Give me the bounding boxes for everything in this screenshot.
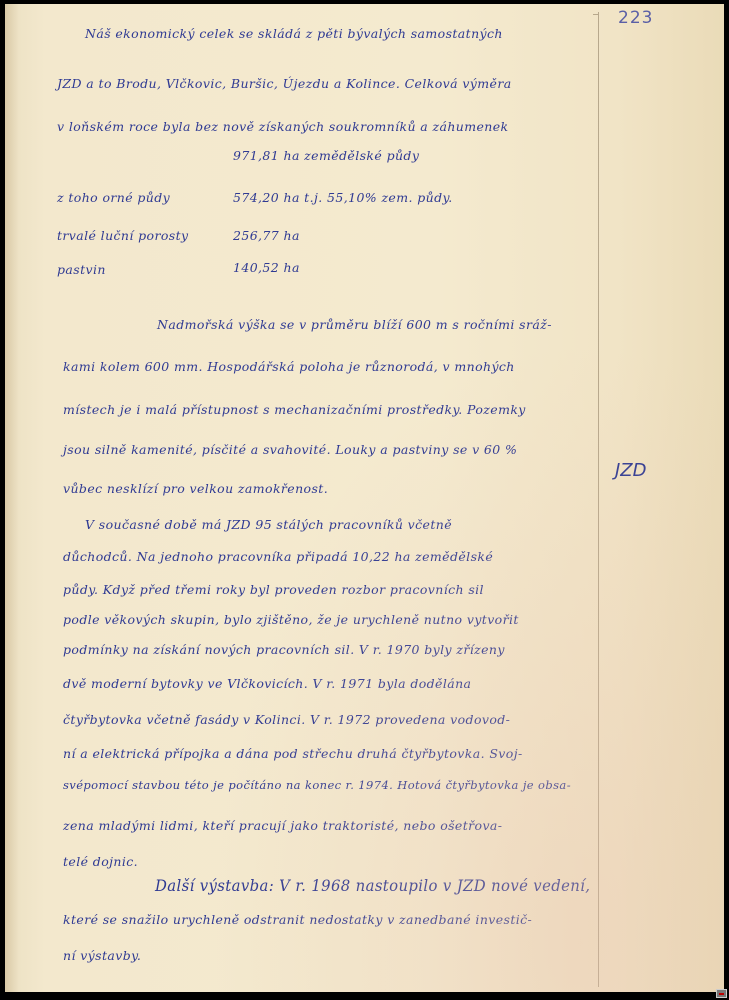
text-line: Nadmořská výška se v průměru blíží 600 m…: [157, 317, 552, 332]
text-line: Náš ekonomický celek se skládá z pěti bý…: [85, 26, 503, 41]
text-line: 574,20 ha t.j. 55,10% zem. půdy.: [233, 190, 453, 205]
margin-rule-tick: [593, 14, 599, 15]
text-line: pastvin: [57, 262, 106, 277]
text-line: Další výstavba: V r. 1968 nastoupilo v J…: [155, 876, 590, 895]
text-line: jsou silně kamenité, písčité a svahovité…: [63, 442, 517, 457]
text-line: ní výstavby.: [63, 948, 141, 963]
page-number: 223: [618, 8, 653, 28]
text-line: podmínky na získání nových pracovních si…: [63, 642, 505, 657]
text-line: vůbec nesklízí pro velkou zamokřenost.: [63, 481, 328, 496]
text-line: z toho orné půdy: [57, 190, 170, 205]
text-line: telé dojnic.: [63, 854, 138, 869]
text-line: ní a elektrická přípojka a dána pod stře…: [63, 746, 523, 761]
text-line: dvě moderní bytovky ve Vlčkovicích. V r.…: [63, 676, 471, 691]
text-line: 140,52 ha: [233, 260, 300, 275]
text-line: JZD a to Brodu, Vlčkovic, Buršic, Újezdu…: [57, 76, 512, 91]
text-line: které se snažilo urychleně odstranit ned…: [63, 912, 532, 927]
text-line: kami kolem 600 mm. Hospodářská poloha je…: [63, 359, 515, 374]
text-line: v loňském roce byla bez nově získaných s…: [57, 119, 509, 134]
text-line: důchodců. Na jednoho pracovníka připadá …: [63, 549, 493, 564]
margin-rule: [598, 12, 599, 987]
text-line: půdy. Když před třemi roky byl proveden …: [63, 582, 484, 597]
text-line: 256,77 ha: [233, 228, 300, 243]
text-line: 971,81 ha zemědělské půdy: [233, 148, 419, 163]
text-line: zena mladými lidmi, kteří pracují jako t…: [63, 818, 502, 833]
text-line: trvalé luční porosty: [57, 228, 188, 243]
text-line: V současné době má JZD 95 stálých pracov…: [85, 517, 452, 532]
text-line: podle věkových skupin, bylo zjištěno, že…: [63, 612, 519, 627]
viewer-corner-icon: [716, 989, 727, 998]
margin-note: JZD: [615, 460, 647, 481]
text-line: čtyřbytovka včetně fasády v Kolinci. V r…: [63, 712, 510, 727]
scanned-page: 223 JZD Náš ekonomický celek se skládá z…: [5, 4, 724, 992]
text-line: svépomocí stavbou této je počítáno na ko…: [63, 778, 571, 792]
text-line: místech je i malá přístupnost s mechaniz…: [63, 402, 526, 417]
